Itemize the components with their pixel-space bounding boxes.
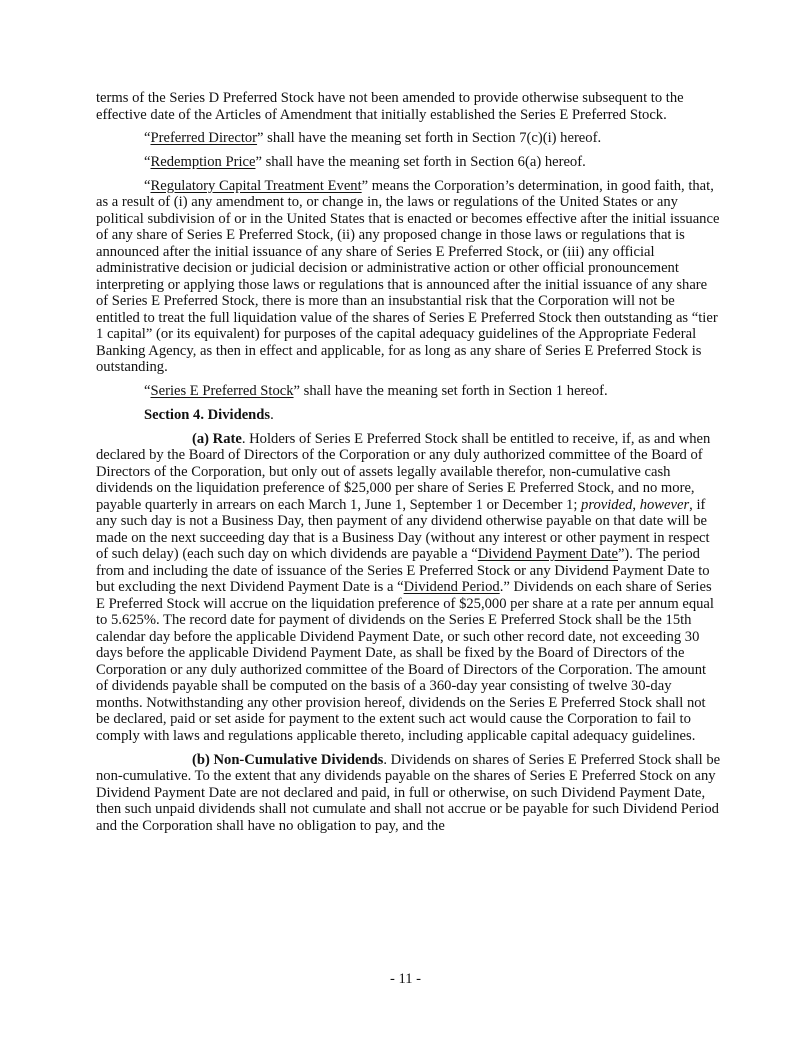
definition-text: ” shall have the meaning set forth in Se… xyxy=(257,130,601,146)
definition-series-e-preferred-stock: “Series E Preferred Stock” shall have th… xyxy=(96,383,721,400)
definition-regulatory-capital-treatment-event: “Regulatory Capital Treatment Event” mea… xyxy=(96,178,721,376)
rate-paragraph: (a) Rate. Holders of Series E Preferred … xyxy=(96,431,721,745)
defined-term: Series E Preferred Stock xyxy=(150,383,293,399)
definition-text: ” shall have the meaning set forth in Se… xyxy=(294,383,608,399)
document-page: terms of the Series D Preferred Stock ha… xyxy=(96,90,721,834)
italic-however: however xyxy=(640,497,689,513)
noncumulative-text: . Dividends on shares of Series E Prefer… xyxy=(96,752,720,834)
carryover-paragraph: terms of the Series D Preferred Stock ha… xyxy=(96,90,721,123)
defined-term: Regulatory Capital Treatment Event xyxy=(150,178,361,194)
noncumulative-paragraph: (b) Non-Cumulative Dividends. Dividends … xyxy=(96,752,721,835)
rate-text: , xyxy=(632,497,639,513)
page-number: - 11 - xyxy=(0,971,811,988)
rate-text: .” Dividends on each share of Series E P… xyxy=(96,579,714,744)
definition-preferred-director: “Preferred Director” shall have the mean… xyxy=(96,130,721,147)
section-heading: Section 4. Dividends. xyxy=(96,407,721,424)
definition-redemption-price: “Redemption Price” shall have the meanin… xyxy=(96,154,721,171)
subsection-label: (a) Rate xyxy=(192,431,242,447)
italic-provided: provided xyxy=(581,497,632,513)
defined-term: Preferred Director xyxy=(150,130,257,146)
definition-text: ” means the Corporation’s determination,… xyxy=(96,178,719,376)
defined-term: Redemption Price xyxy=(150,154,255,170)
section-title: Section 4. Dividends xyxy=(144,407,270,423)
definition-text: ” shall have the meaning set forth in Se… xyxy=(255,154,585,170)
subsection-label: (b) Non-Cumulative Dividends xyxy=(192,752,383,768)
defined-term: Dividend Payment Date xyxy=(478,546,618,562)
heading-period: . xyxy=(270,407,274,423)
defined-term: Dividend Period xyxy=(404,579,500,595)
